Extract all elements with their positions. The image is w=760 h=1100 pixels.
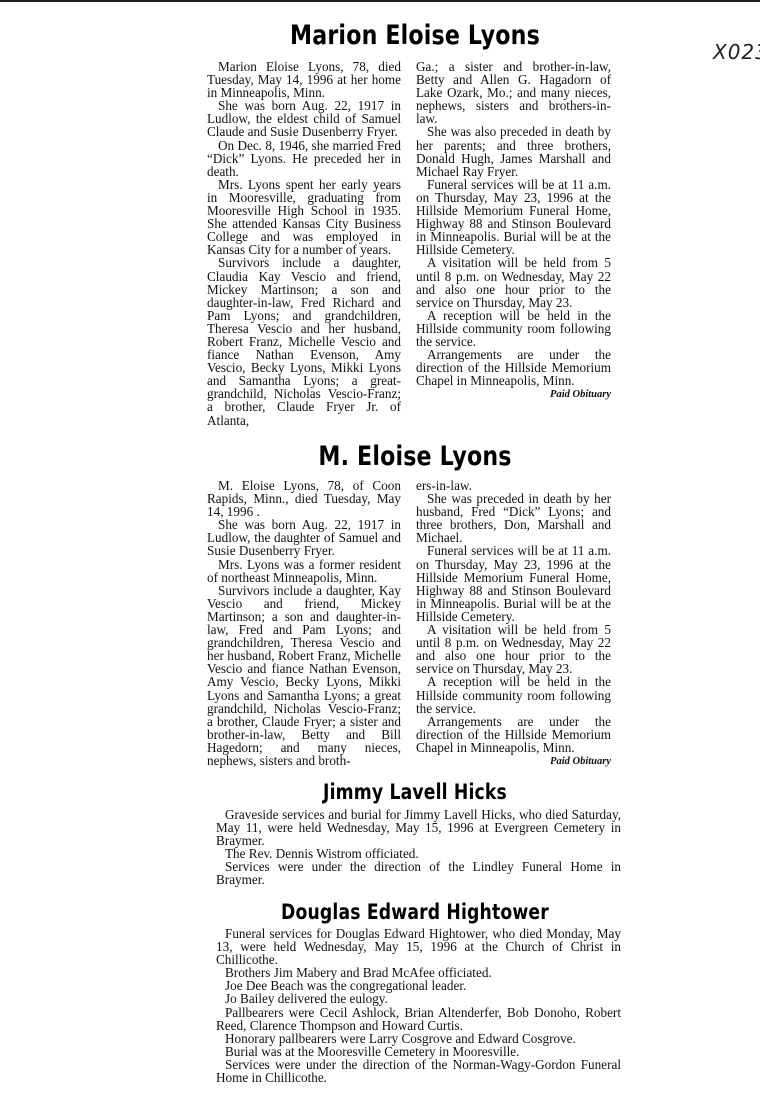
paragraph: Ga.; a sister and brother-in-law, Betty … (416, 60, 611, 125)
paragraph: Services were under the direction of the… (216, 1058, 621, 1084)
obituary-left-column: M. Eloise Lyons, 78, of Coon Rapids, Min… (207, 479, 401, 767)
paragraph: Funeral services for Douglas Edward High… (216, 927, 621, 966)
paragraph: Arrangements are under the direction of … (416, 715, 611, 754)
paragraph: M. Eloise Lyons, 78, of Coon Rapids, Min… (207, 479, 401, 518)
paragraph: Graveside services and burial for Jimmy … (216, 808, 621, 847)
paragraph: Funeral services will be at 11 a.m. on T… (416, 178, 611, 257)
paragraph: She was preceded in death by her husband… (416, 492, 611, 544)
obituary-title: Douglas Edward Hightower (239, 900, 592, 924)
paragraph: A visitation will be held from 5 until 8… (416, 256, 611, 308)
obituary-body: Graveside services and burial for Jimmy … (216, 808, 621, 887)
paragraph: A reception will be held in the Hillside… (416, 675, 611, 714)
paragraph: Arrangements are under the direction of … (416, 348, 611, 387)
paragraph: Services were under the direction of the… (216, 860, 621, 886)
paragraph: She was also preceded in death by her pa… (416, 125, 611, 177)
paragraph: Pallbearers were Cecil Ashlock, Brian Al… (216, 1006, 621, 1032)
obituary-title: Jimmy Lavell Hicks (239, 780, 592, 804)
paragraph: Mrs. Lyons spent her early years in Moor… (207, 178, 401, 257)
paid-obituary-label: Paid Obituary (416, 388, 611, 401)
paragraph: Mrs. Lyons was a former resident of nort… (207, 558, 401, 584)
paragraph: A visitation will be held from 5 until 8… (416, 623, 611, 675)
obituary-right-column: Ga.; a sister and brother-in-law, Betty … (416, 60, 611, 401)
paragraph: She was born Aug. 22, 1917 in Ludlow, th… (207, 99, 401, 138)
obituary-title: Marion Eloise Lyons (239, 20, 592, 51)
paragraph: Survivors include a daughter, Kay Vescio… (207, 584, 401, 767)
paragraph: Marion Eloise Lyons, 78, died Tuesday, M… (207, 60, 401, 99)
paragraph: A reception will be held in the Hillside… (416, 309, 611, 348)
paragraph: Funeral services will be at 11 a.m. on T… (416, 544, 611, 623)
obituary-left-column: Marion Eloise Lyons, 78, died Tuesday, M… (207, 60, 401, 427)
paragraph: Burial was at the Mooresville Cemetery i… (216, 1045, 621, 1058)
obituary-right-column: ers-in-law. She was preceded in death by… (416, 479, 611, 768)
paid-obituary-label: Paid Obituary (416, 755, 611, 768)
paragraph: On Dec. 8, 1946, she married Fred “Dick”… (207, 139, 401, 178)
page-top-rule (0, 0, 760, 2)
obituary-title: M. Eloise Lyons (239, 441, 592, 472)
archive-stamp: X023 (713, 40, 760, 64)
paragraph: She was born Aug. 22, 1917 in Ludlow, th… (207, 518, 401, 557)
paragraph: Survivors include a daughter, Claudia Ka… (207, 256, 401, 426)
paragraph: Jo Bailey delivered the eulogy. (216, 992, 621, 1005)
obituary-body: Funeral services for Douglas Edward High… (216, 927, 621, 1084)
paragraph: Honorary pallbearers were Larry Cosgrove… (216, 1032, 621, 1045)
